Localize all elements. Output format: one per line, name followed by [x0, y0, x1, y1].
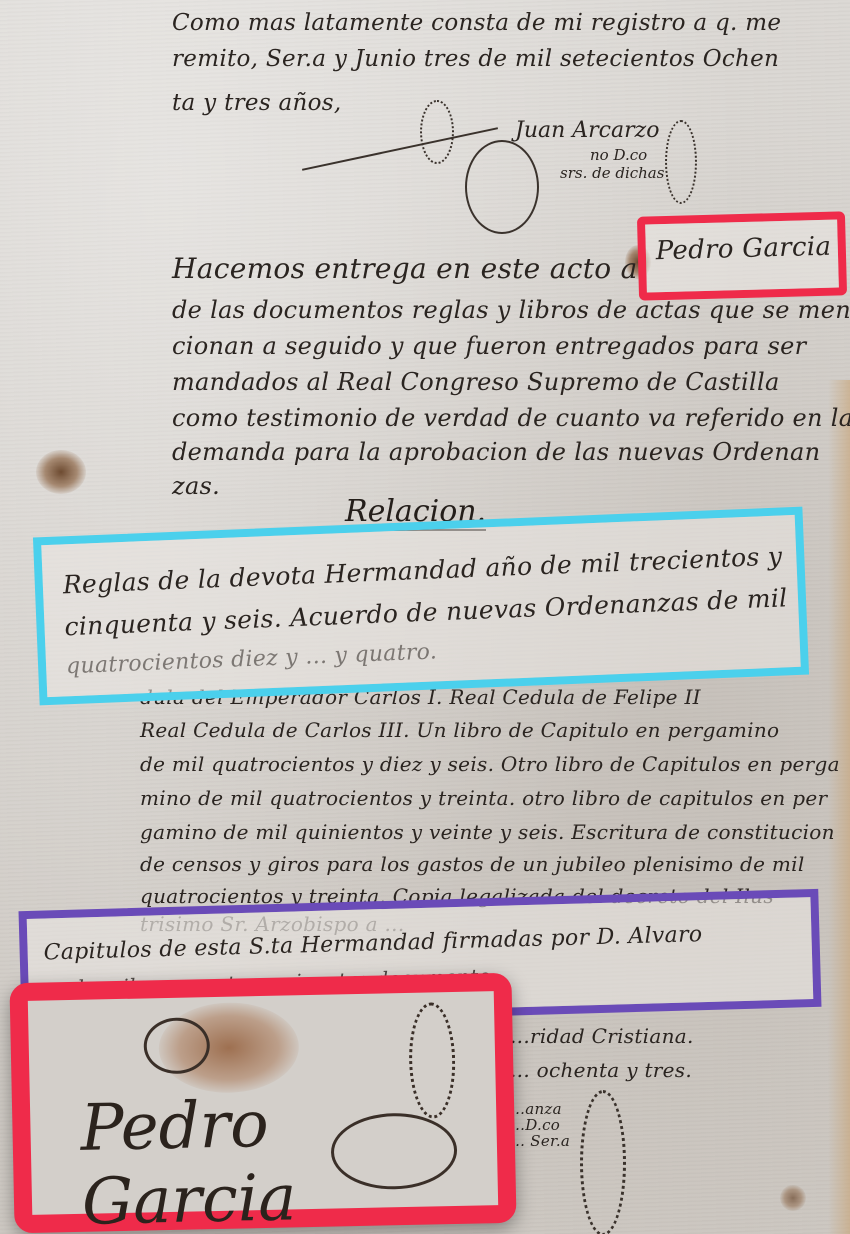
- rubric-flourish-right-icon: [665, 120, 697, 204]
- notary-signature-name: Juan Arcarzo: [515, 118, 659, 143]
- body-line-6: demanda para la aprobacion de las nuevas…: [172, 438, 820, 466]
- bottom-line-5: ... Ser.a: [510, 1132, 570, 1150]
- rubric-s-loop-icon: [465, 140, 539, 234]
- rubric-bottom-flourish-icon: [580, 1090, 626, 1234]
- signature-close-up: Pedro Garcia: [80, 1083, 499, 1234]
- list-line-6: de censos y giros para los gastos de un …: [140, 852, 805, 876]
- highlighted-name: Pedro Garcia: [655, 232, 831, 267]
- list-line-4: mino de mil quatrocientos y treinta. otr…: [140, 786, 827, 810]
- bottom-line-2: ... ochenta y tres.: [510, 1058, 692, 1082]
- body-line-3: cionan a seguido y que fueron entregados…: [172, 332, 806, 360]
- highlight-box-name: Pedro Garcia: [637, 211, 847, 300]
- notary-signature-title: no D.co: [590, 146, 647, 164]
- ink-spot: [780, 1185, 806, 1211]
- notary-signature-note: srs. de dichas: [560, 164, 664, 182]
- list-line-5: gamino de mil quinientos y veinte y seis…: [140, 820, 835, 844]
- manuscript-page: Como mas latamente consta de mi registro…: [0, 0, 850, 1234]
- body-line-7: zas.: [172, 472, 220, 500]
- top-line-3: ta y tres años,: [172, 90, 342, 116]
- body-line-5: como testimonio de verdad de cuanto va r…: [172, 404, 850, 432]
- body-line-1: Hacemos entrega en este acto a: [172, 252, 638, 285]
- list-line-2: Real Cedula de Carlos III. Un libro de C…: [140, 718, 779, 742]
- highlight-box-rules: Reglas de la devota Hermandad año de mil…: [33, 507, 809, 706]
- paper-edge-discoloration: [828, 380, 850, 1234]
- bottom-line-1: ...ridad Cristiana.: [510, 1024, 694, 1048]
- ink-stain: [36, 450, 86, 494]
- rubric-flourish-icon: [420, 100, 454, 164]
- list-line-3: de mil quatrocientos y diez y seis. Otro…: [140, 752, 840, 776]
- top-line-1: Como mas latamente consta de mi registro…: [172, 10, 781, 36]
- body-line-2: de las documentos reglas y libros de act…: [172, 296, 850, 324]
- top-line-2: remito, Ser.a y Junio tres de mil seteci…: [172, 46, 779, 72]
- body-line-4: mandados al Real Congreso Supremo de Cas…: [172, 368, 780, 396]
- highlight-box-signature: Pedro Garcia: [9, 973, 516, 1233]
